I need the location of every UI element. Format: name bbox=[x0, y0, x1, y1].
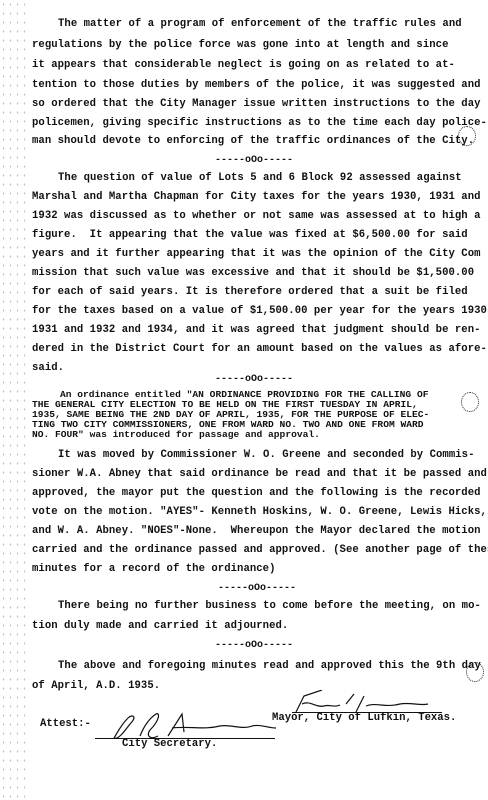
text-line: for the taxes based on a value of $1,500… bbox=[32, 305, 488, 317]
text-line: said. bbox=[32, 362, 64, 374]
text-line: regulations by the police force was gone… bbox=[32, 39, 448, 51]
scan-noise-margin bbox=[0, 0, 26, 800]
secretary-title: City Secretary. bbox=[122, 738, 217, 750]
section-divider: -----oOo----- bbox=[215, 640, 293, 651]
punch-hole bbox=[461, 392, 479, 412]
text-line: mission that such value was excessive an… bbox=[32, 267, 474, 279]
text-line: Marshal and Martha Chapman for City taxe… bbox=[32, 191, 481, 203]
scanned-minutes-page: The matter of a program of enforcement o… bbox=[0, 0, 488, 800]
text-line: 1931 and 1932 and 1934, and it was agree… bbox=[32, 324, 481, 336]
text-line: dered in the District Court for an amoun… bbox=[32, 343, 487, 355]
text-line: it appears that considerable neglect is … bbox=[32, 59, 455, 71]
text-line: vote on the motion. "AYES"- Kenneth Hosk… bbox=[32, 506, 487, 518]
section-divider: -----oOo----- bbox=[218, 583, 296, 594]
text-line: NO. FOUR" was introduced for passage and… bbox=[32, 430, 320, 441]
attest-label: Attest:- bbox=[40, 718, 91, 730]
section-divider: -----oOo----- bbox=[215, 374, 293, 385]
text-line: and W. A. Abney. "NOES"-None. Whereupon … bbox=[32, 525, 481, 537]
text-line: figure. It appearing that the value was … bbox=[32, 229, 468, 241]
mayor-title: Mayor, City of Lufkin, Texas. bbox=[272, 712, 456, 724]
text-line: carried and the ordinance passed and app… bbox=[32, 544, 488, 556]
text-line: approved, the mayor put the question and… bbox=[32, 487, 481, 499]
text-line: The matter of a program of enforcement o… bbox=[58, 18, 462, 30]
text-line: It was moved by Commissioner W. O. Green… bbox=[58, 449, 474, 461]
text-line: 1932 was discussed as to whether or not … bbox=[32, 210, 481, 222]
text-line: man should devote to enforcing of the tr… bbox=[32, 135, 474, 147]
text-line: There being no further business to come … bbox=[58, 600, 481, 612]
text-line: The question of value of Lots 5 and 6 Bl… bbox=[58, 172, 462, 184]
text-line: so ordered that the City Manager issue w… bbox=[32, 98, 481, 110]
text-line: The above and foregoing minutes read and… bbox=[58, 660, 481, 672]
text-line: tention to those duties by members of th… bbox=[32, 79, 481, 91]
text-line: years and it further appearing that it w… bbox=[32, 248, 481, 260]
text-line: minutes for a record of the ordinance) bbox=[32, 563, 275, 575]
text-line: for each of said years. It is therefore … bbox=[32, 286, 468, 298]
text-line: tion duly made and carried it adjourned. bbox=[32, 620, 288, 632]
section-divider: -----oOo----- bbox=[215, 155, 293, 166]
text-line: policemen, giving specific instructions … bbox=[32, 117, 487, 129]
text-line: sioner W.A. Abney that said ordinance be… bbox=[32, 468, 487, 480]
text-line: of April, A.D. 1935. bbox=[32, 680, 160, 692]
